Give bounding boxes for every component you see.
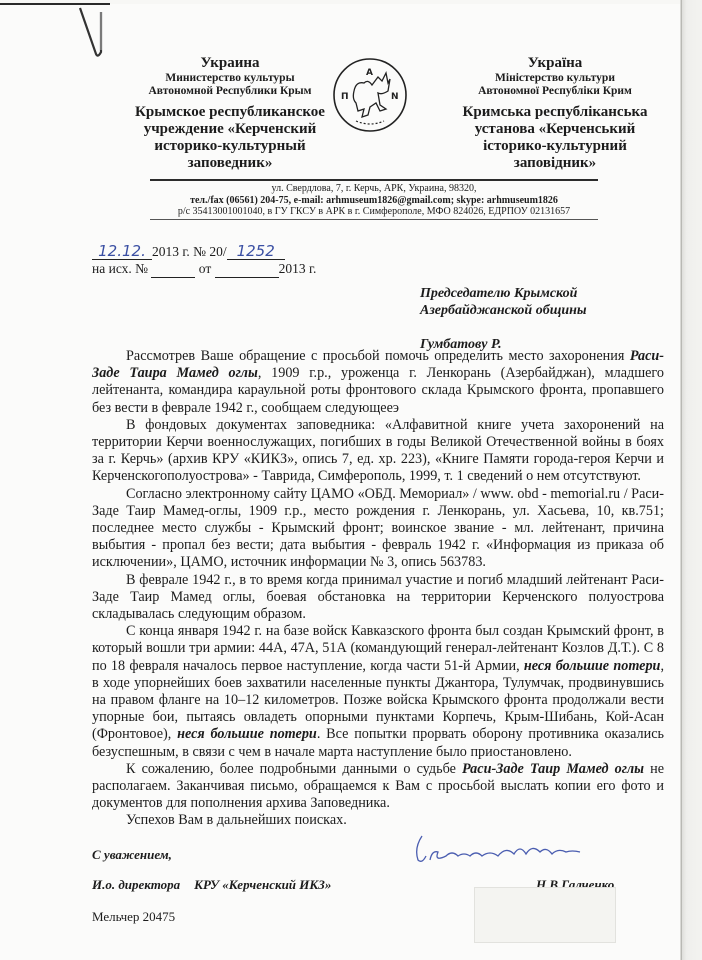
address-line: ул. Свердлова, 7, г. Керчь, АРК, Украина… [150, 183, 598, 195]
paper-clip-icon [76, 2, 106, 60]
organization-name: КРУ «Керченский ИКЗ» [194, 877, 331, 892]
org-line: историко-культурный [105, 138, 355, 155]
svg-text:N: N [391, 92, 399, 102]
paragraph: Успехов Вам в дальнейших поисках. [92, 812, 664, 829]
incoming-reference: на исх. № от 2013 г. [92, 261, 316, 278]
letter-body: Рассмотрев Ваше обращение с просьбой пом… [92, 348, 664, 830]
reference-year: 2013 г. № 20/ [152, 244, 227, 259]
reply-mid: от [199, 261, 211, 276]
reply-prefix: на исх. № [92, 261, 148, 276]
country-label: Украина [105, 55, 355, 72]
ministry-line: Министерство культуры [105, 72, 355, 85]
org-line: історико-культурний [425, 138, 685, 155]
outgoing-reference: 12.12.2013 г. № 20/1252 [92, 243, 285, 260]
org-line: учреждение «Керченский [105, 121, 355, 138]
contact-divider [150, 219, 598, 220]
reply-number-blank [151, 261, 195, 278]
handwritten-signature-icon [410, 832, 600, 868]
org-line: Кримська республіканська [425, 104, 685, 121]
org-line: заповідник» [425, 155, 685, 172]
addressee-line: Азербайджанской общины [420, 302, 587, 319]
soldier-name: Раси-Заде Таир Мамед оглы [462, 761, 644, 777]
paragraph: С конца января 1942 г. на базе войск Кав… [92, 623, 664, 761]
griffin-emblem-icon: А П N [332, 57, 408, 133]
signatory-position: И.о. директораКРУ «Керченский ИКЗ» [92, 877, 331, 893]
ministry-line: Автономной Республики Крым [105, 85, 355, 98]
paragraph: Согласно электронному сайту ЦАМО «ОБД. М… [92, 486, 664, 572]
ministry-line: Автономної Республіки Крим [425, 85, 685, 98]
svg-text:А: А [366, 68, 373, 78]
bank-line: р/с 35413001001040, в ГУ ГКСУ в АРК в г.… [150, 206, 598, 218]
country-label: Україна [425, 55, 685, 72]
org-line: Крымское республиканское [105, 104, 355, 121]
position-title: И.о. директора [92, 877, 180, 892]
org-line: заповедник» [105, 155, 355, 172]
header-ukrainian: Україна Міністерство культури Автономної… [425, 55, 685, 172]
paragraph: В феврале 1942 г., в то время когда прин… [92, 572, 664, 624]
addressee-block: Председателю Крымской Азербайджанской об… [420, 285, 587, 353]
org-line: установа «Керченський [425, 121, 685, 138]
header-russian: Украина Министерство культуры Автономной… [105, 55, 355, 172]
svg-text:П: П [341, 92, 349, 102]
addressee-line: Председателю Крымской [420, 285, 587, 302]
ministry-line: Міністерство культури [425, 72, 685, 85]
emphasis: неся большие потери [524, 658, 661, 674]
reply-suffix: 2013 г. [279, 261, 317, 276]
reply-date-blank [215, 261, 279, 278]
contact-block: ул. Свердлова, 7, г. Керчь, АРК, Украина… [150, 183, 598, 218]
handwritten-date: 12.12. [92, 243, 152, 260]
paragraph: К сожалению, более подробными данными о … [92, 761, 664, 813]
phone-email-line: тел./fax (06561) 204-75, e-mail: arhmuse… [150, 195, 598, 207]
paragraph: Рассмотрев Ваше обращение с просьбой пом… [92, 348, 664, 417]
emphasis: неся большие потери [177, 726, 317, 742]
faint-stamp-area [474, 887, 616, 943]
handwritten-number: 1252 [227, 243, 285, 260]
executor-line: Мельчер 20475 [92, 909, 175, 925]
header-divider [150, 179, 598, 181]
regards: С уважением, [92, 847, 172, 863]
paragraph: В фондовых документах заповедника: «Алфа… [92, 417, 664, 486]
